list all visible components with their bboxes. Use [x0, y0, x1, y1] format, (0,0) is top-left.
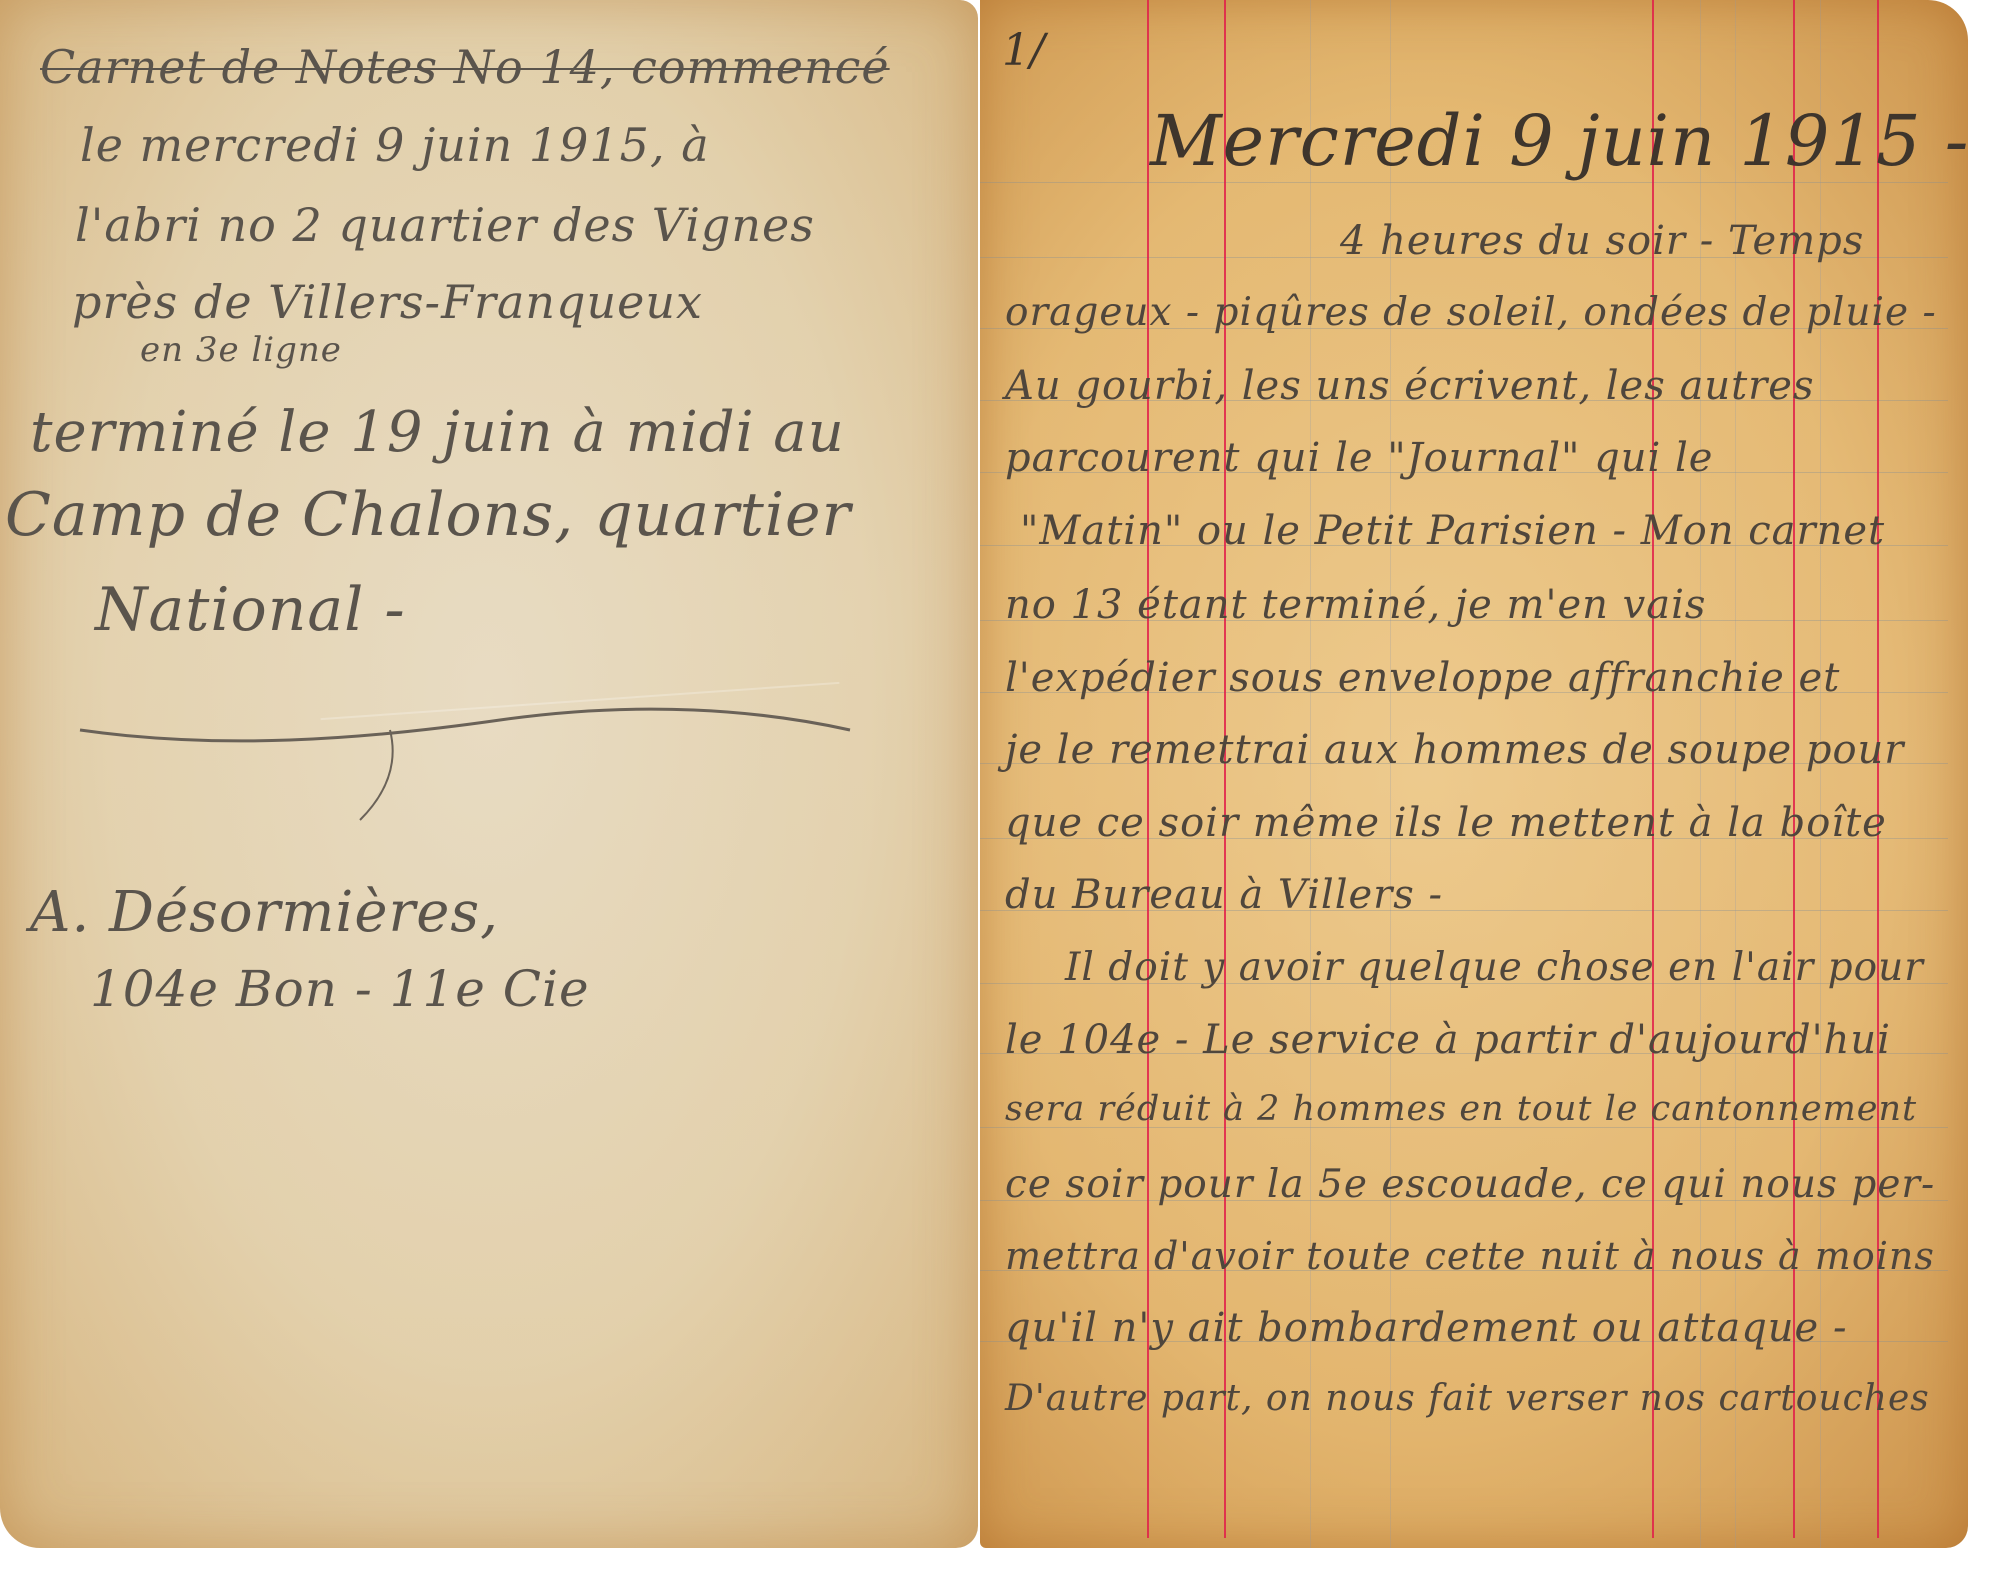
left-line-4: près de Villers-Franqueux: [72, 275, 703, 329]
ruled-line: [980, 182, 1948, 183]
entry-line-14: ce soir pour la 5e escouade, ce qui nous…: [1005, 1162, 1935, 1207]
left-page: Carnet de Notes No 14, commencé le mercr…: [0, 0, 978, 1548]
entry-line-6: no 13 étant terminé, je m'en vais: [1005, 582, 1706, 628]
entry-line-3: Au gourbi, les uns écrivent, les autres: [1005, 363, 1814, 409]
entry-line-13: sera réduit à 2 hommes en tout le canton…: [1005, 1089, 1917, 1129]
left-line-6: terminé le 19 juin à midi au: [30, 400, 845, 465]
entry-line-5: "Matin" ou le Petit Parisien - Mon carne…: [1020, 508, 1885, 554]
left-line-3: l'abri no 2 quartier des Vignes: [75, 198, 815, 252]
signature-name: A. Désormières,: [30, 880, 499, 945]
entry-line-1: 4 heures du soir - Temps: [1340, 218, 1864, 264]
left-line-8: National -: [95, 575, 406, 645]
left-line-7: Camp de Chalons, quartier: [5, 480, 851, 550]
left-line-5: en 3e ligne: [140, 330, 342, 370]
entry-line-9: que ce soir même ils le mettent à la boî…: [1005, 800, 1887, 846]
entry-line-10: du Bureau à Villers -: [1005, 872, 1443, 918]
entry-date-title: Mercredi 9 juin 1915 -: [1150, 100, 1969, 182]
left-line-2: le mercredi 9 juin 1915, à: [80, 118, 710, 172]
entry-line-2: orageux - piqûres de soleil, ondées de p…: [1005, 290, 1937, 335]
page-number: 1/: [1002, 25, 1045, 76]
left-line-1: Carnet de Notes No 14, commencé: [40, 40, 890, 94]
entry-line-8: je le remettrai aux hommes de soupe pour: [1005, 727, 1904, 773]
entry-line-11: Il doit y avoir quelque chose en l'air p…: [1065, 945, 1924, 990]
pencil-flourish: [60, 690, 880, 830]
right-page: 1/ Mercredi 9 juin 1915 - 4 heures du so…: [980, 0, 1968, 1548]
entry-line-17: D'autre part, on nous fait verser nos ca…: [1005, 1378, 1930, 1419]
signature-unit: 104e Bon - 11e Cie: [90, 960, 590, 1018]
entry-line-7: l'expédier sous enveloppe affranchie et: [1005, 655, 1840, 701]
entry-line-12: le 104e - Le service à partir d'aujourd'…: [1005, 1017, 1891, 1063]
entry-line-4: parcourent qui le "Journal" qui le: [1005, 435, 1713, 481]
entry-line-15: mettra d'avoir toute cette nuit à nous à…: [1005, 1234, 1935, 1278]
entry-line-16: qu'il n'y ait bombardement ou attaque -: [1005, 1305, 1847, 1351]
